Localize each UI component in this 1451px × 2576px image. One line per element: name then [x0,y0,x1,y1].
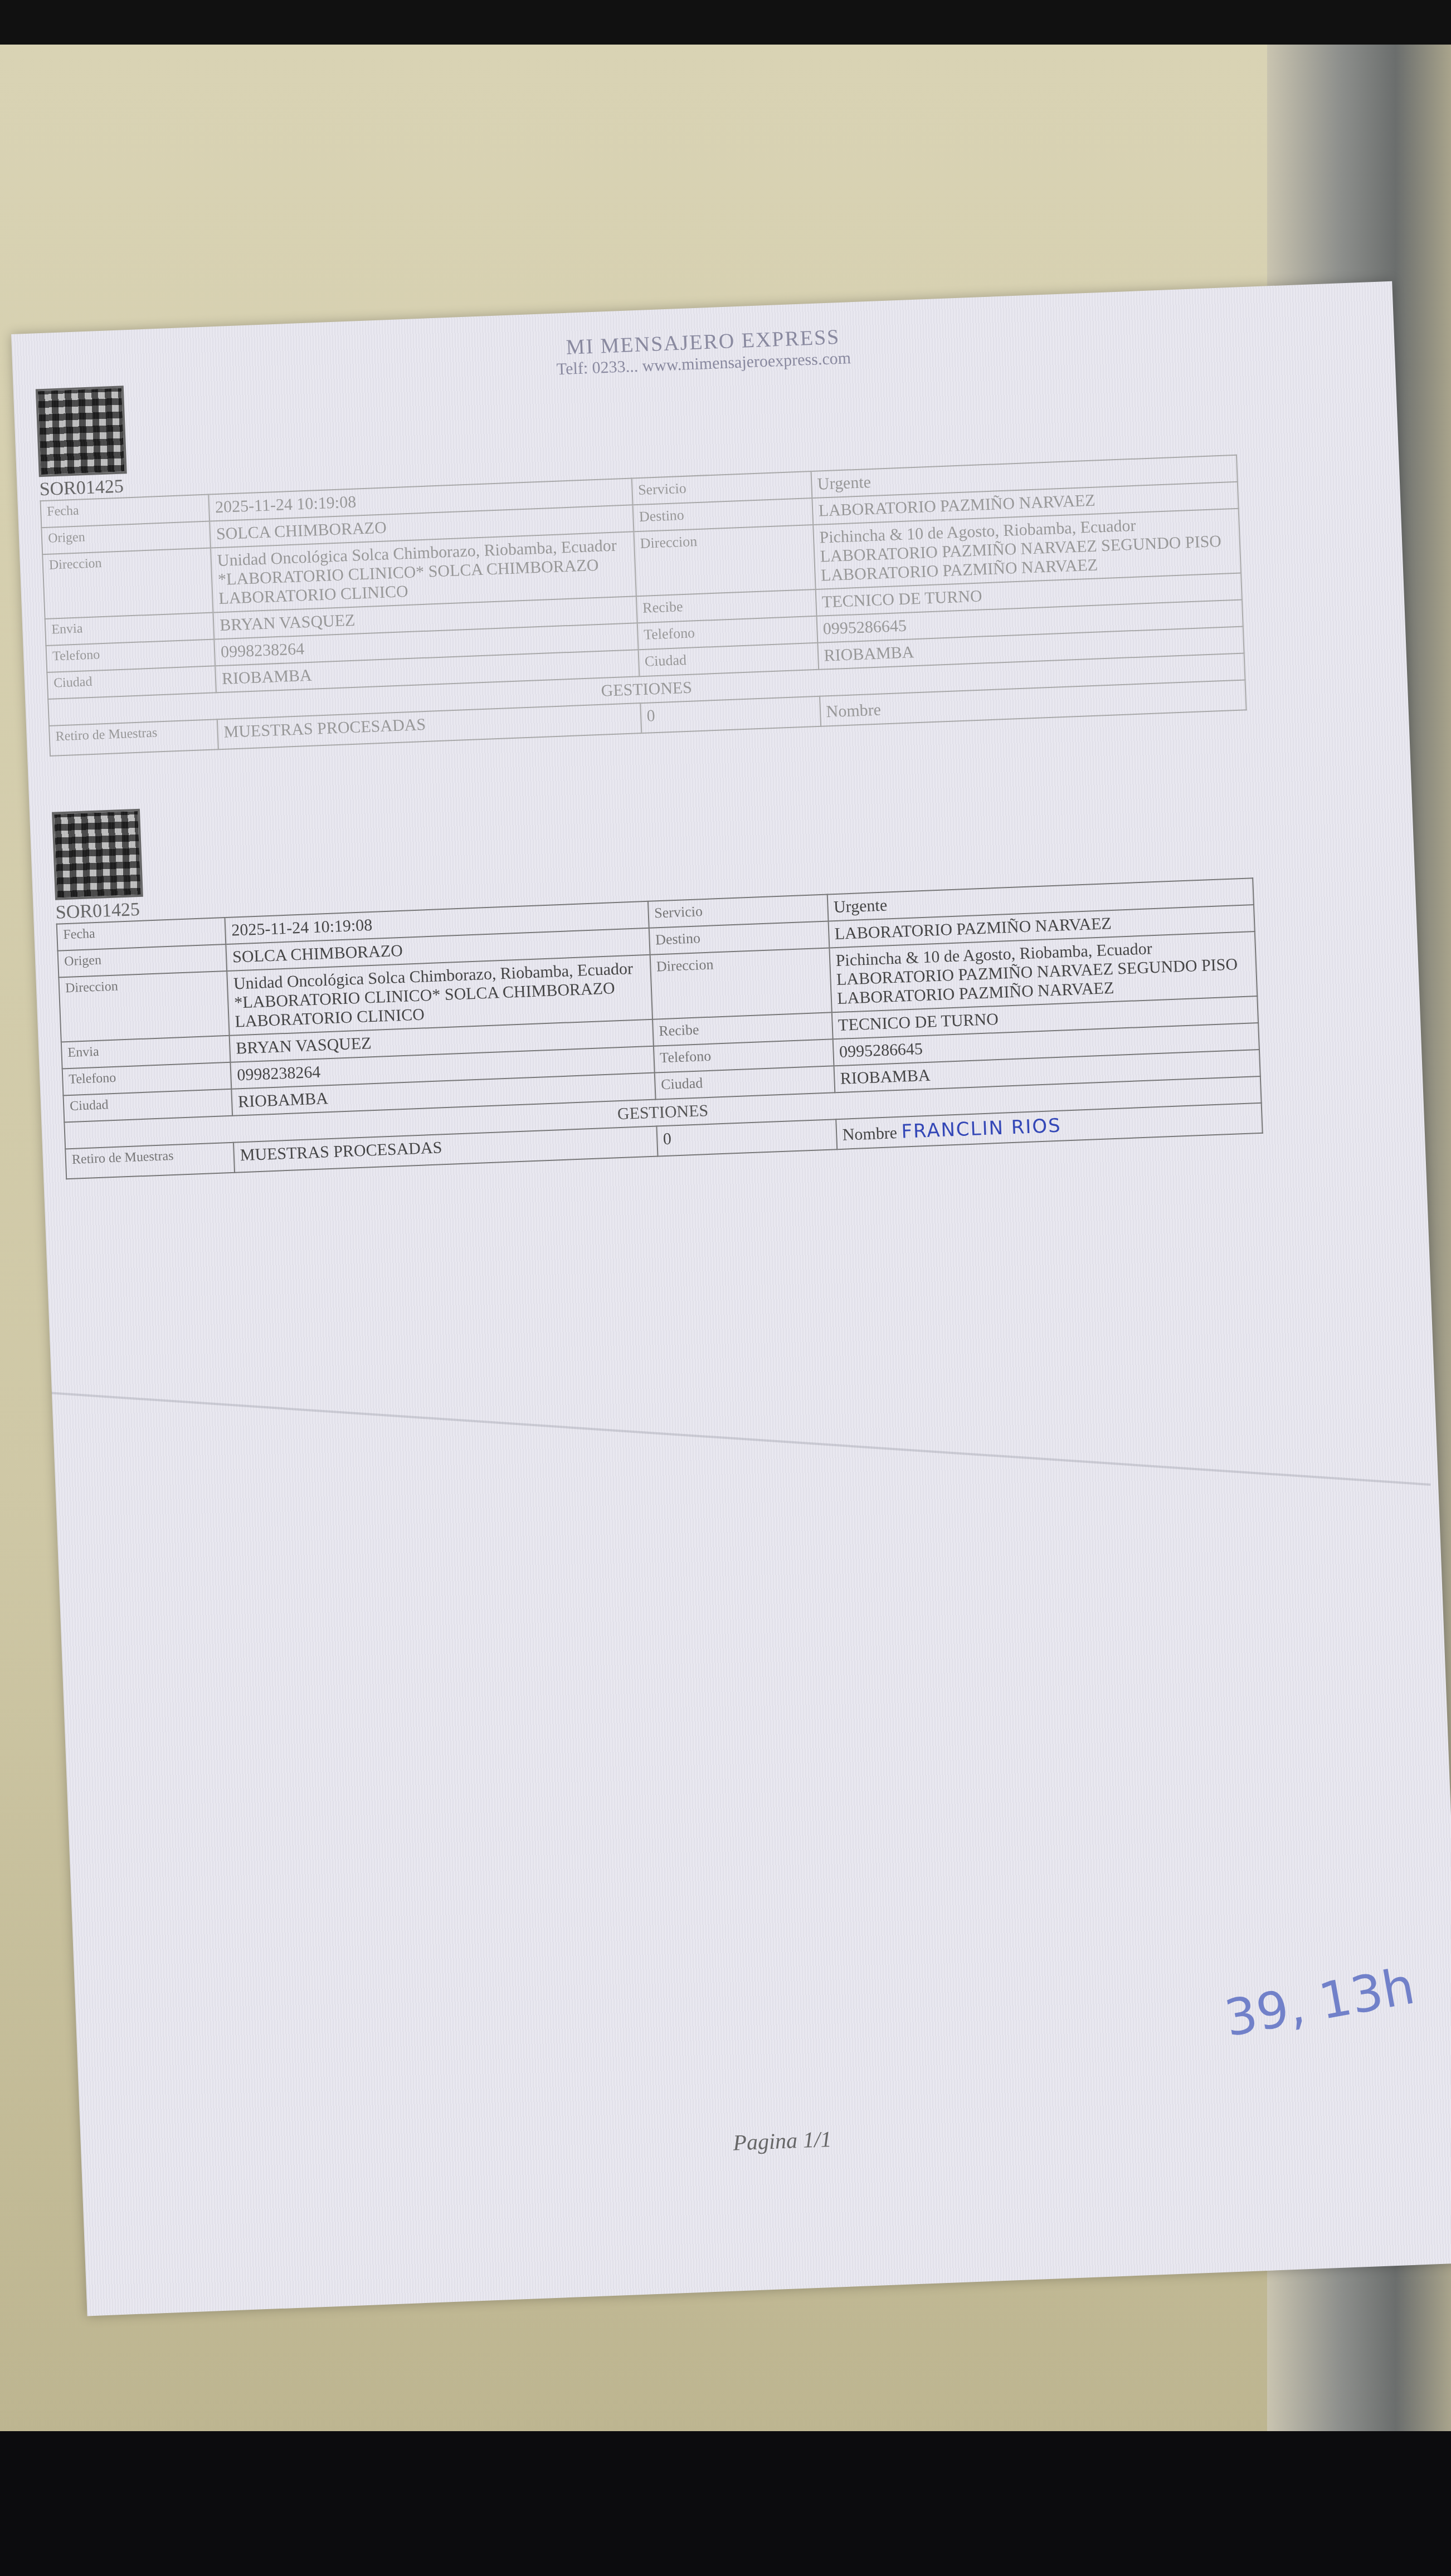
field-label: Direccion [634,525,815,596]
gestion-count: 0 [656,1119,837,1156]
nombre-label: Nombre [826,701,882,721]
guide-block-1: SOR01425 Fecha 2025-11-24 10:19:08 Servi… [36,343,1247,757]
nombre-label: Nombre [842,1124,898,1144]
qr-code-icon [36,386,127,477]
page-number: Pagina 1/1 [733,2126,832,2156]
photo-bottom-edge [0,2431,1451,2576]
field-label: Direccion [42,548,213,619]
handwritten-signature: 39, 13h [1220,1957,1419,2048]
paper-fold-line [52,1392,1431,1486]
gestion-count: 0 [640,696,821,733]
guide-table: Fecha 2025-11-24 10:19:08 Servicio Urgen… [56,877,1263,1179]
field-label: Direccion [59,971,229,1042]
gestion-label: Retiro de Muestras [65,1143,235,1179]
nombre-handwritten: FRANCLIN RIOS [901,1115,1062,1143]
gestion-label: Retiro de Muestras [49,719,218,756]
delivery-guide-paper: MI MENSAJERO EXPRESS Telf: 0233... www.m… [11,281,1451,2316]
qr-code-icon [52,809,143,900]
field-label: Direccion [650,948,831,1019]
guide-block-2: SOR01425 Fecha 2025-11-24 10:19:08 Servi… [52,766,1263,1179]
guide-table: Fecha 2025-11-24 10:19:08 Servicio Urgen… [40,455,1247,757]
